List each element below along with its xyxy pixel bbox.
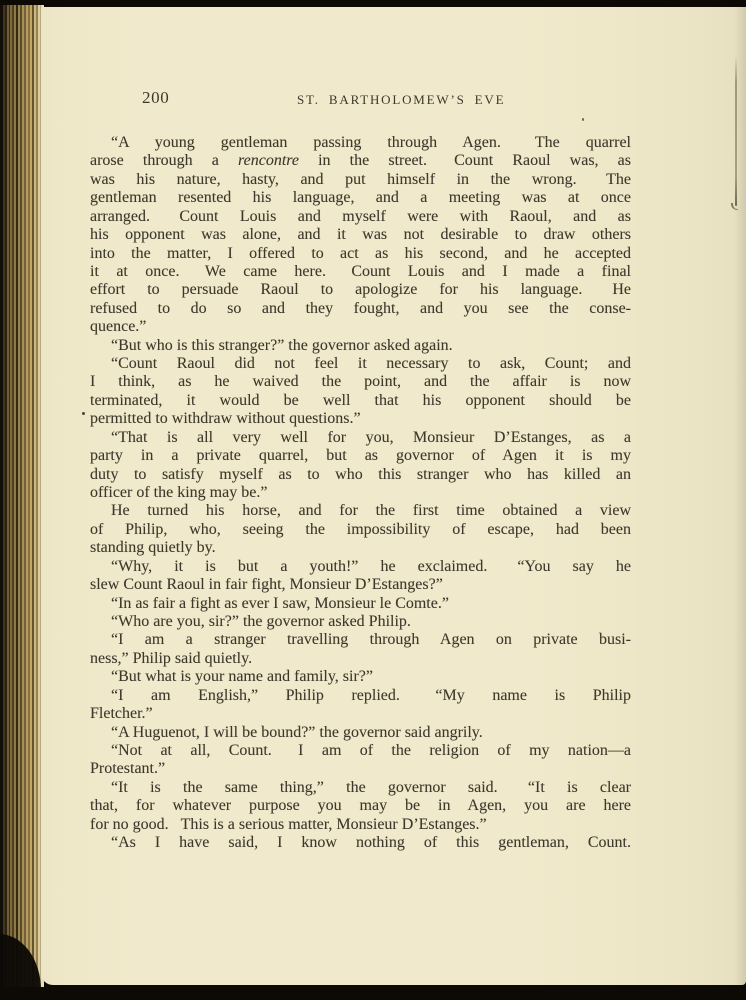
text-line: I think, as he waived the point, and the… xyxy=(90,373,631,391)
text-line: “Why, it is but a youth!” he exclaimed. … xyxy=(90,558,631,576)
text-line: terminated, it would be well that his op… xyxy=(90,392,631,410)
paragraph: “A young gentleman passing through Agen.… xyxy=(90,134,631,337)
paragraph: “But who is this stranger?” the governor… xyxy=(90,337,631,355)
text-line: for no good. This is a serious matter, M… xyxy=(90,816,631,834)
text-line: ness,” Philip said quietly. xyxy=(90,650,631,668)
italic-word: rencontre xyxy=(238,152,299,169)
paragraph: “A Huguenot, I will be bound?” the gover… xyxy=(90,724,631,742)
text-line: “As I have said, I know nothing of this … xyxy=(90,834,631,852)
paragraph: “But what is your name and family, sir?” xyxy=(90,668,631,686)
scanned-book-photo: 200 ST. BARTHOLOMEW’S EVE “A young gentl… xyxy=(0,0,746,1000)
text-line: “A young gentleman passing through Agen.… xyxy=(90,134,631,152)
ink-speck xyxy=(582,118,584,121)
text-line: was his nature, hasty, and put himself i… xyxy=(90,171,631,189)
text-line: Fletcher.” xyxy=(90,705,631,723)
paragraph: “As I have said, I know nothing of this … xyxy=(90,834,631,852)
page-number: 200 xyxy=(142,89,169,106)
text-line: of Philip, who, seeing the impossibility… xyxy=(90,521,631,539)
text-line: officer of the king may be.” xyxy=(90,484,631,502)
body-text: “A young gentleman passing through Agen.… xyxy=(90,134,631,852)
text-line: arranged. Count Louis and myself were wi… xyxy=(90,208,631,226)
text-line: slew Count Raoul in fair fight, Monsieur… xyxy=(90,576,631,594)
text-line: into the matter, I offered to act as his… xyxy=(90,245,631,263)
text-line: refused to do so and they fought, and yo… xyxy=(90,300,631,318)
paragraph: He turned his horse, and for the first t… xyxy=(90,502,631,557)
paragraph: “Who are you, sir?” the governor asked P… xyxy=(90,613,631,631)
text-line: “That is all very well for you, Monsieur… xyxy=(90,429,631,447)
text-line: quence.” xyxy=(90,318,631,336)
text-line: that, for whatever purpose you may be in… xyxy=(90,797,631,815)
text-line: “It is the same thing,” the governor sai… xyxy=(90,779,631,797)
text-line: permitted to withdraw without questions.… xyxy=(90,410,631,428)
paragraph: “Not at all, Count. I am of the religion… xyxy=(90,742,631,779)
text-line: “I am a stranger travelling through Agen… xyxy=(90,631,631,649)
text-line: party in a private quarrel, but as gover… xyxy=(90,447,631,465)
text-line: “Not at all, Count. I am of the religion… xyxy=(90,742,631,760)
text-line: “Who are you, sir?” the governor asked P… xyxy=(90,613,631,631)
text-line: arose through a rencontre in the street.… xyxy=(90,152,631,170)
text-line: effort to persuade Raoul to apologize fo… xyxy=(90,281,631,299)
text-line: “Count Raoul did not feel it necessary t… xyxy=(90,355,631,373)
text-line: He turned his horse, and for the first t… xyxy=(90,502,631,520)
paragraph: “I am English,” Philip replied. “My name… xyxy=(90,687,631,724)
text-line: duty to satisfy myself as to who this st… xyxy=(90,466,631,484)
text-line: his opponent was alone, and it was not d… xyxy=(90,226,631,244)
paragraph: “Count Raoul did not feel it necessary t… xyxy=(90,355,631,429)
text-line: “In as fair a fight as ever I saw, Monsi… xyxy=(90,595,631,613)
text-line: “But what is your name and family, sir?” xyxy=(90,668,631,686)
ink-speck xyxy=(82,412,85,415)
text-line: standing quietly by. xyxy=(90,539,631,557)
paragraph: “Why, it is but a youth!” he exclaimed. … xyxy=(90,558,631,595)
text-line: “A Huguenot, I will be bound?” the gover… xyxy=(90,724,631,742)
page-crease xyxy=(735,56,737,206)
text-line: it at once. We came here. Count Louis an… xyxy=(90,263,631,281)
running-header: ST. BARTHOLOMEW’S EVE xyxy=(297,93,505,106)
book-page-edges xyxy=(0,5,44,987)
text-line: “I am English,” Philip replied. “My name… xyxy=(90,687,631,705)
text-line: gentleman resented his language, and a m… xyxy=(90,189,631,207)
text-line: “But who is this stranger?” the governor… xyxy=(90,337,631,355)
paragraph: “That is all very well for you, Monsieur… xyxy=(90,429,631,503)
paragraph: “I am a stranger travelling through Agen… xyxy=(90,631,631,668)
text-line: Protestant.” xyxy=(90,760,631,778)
paragraph: “It is the same thing,” the governor sai… xyxy=(90,779,631,834)
paragraph: “In as fair a fight as ever I saw, Monsi… xyxy=(90,595,631,613)
